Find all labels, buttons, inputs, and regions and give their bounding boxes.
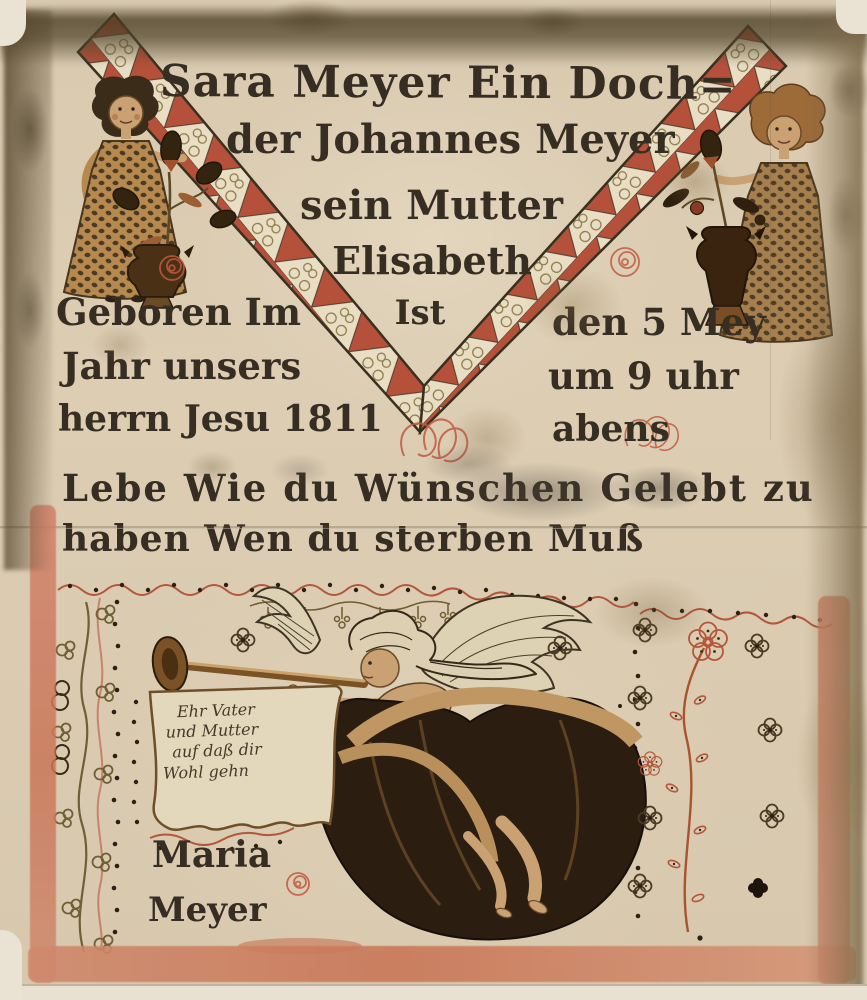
signature-line-1: Maria bbox=[152, 834, 271, 876]
title-line-3: sein Mutter bbox=[300, 182, 558, 229]
title-line-1: Sara Meyer Ein Doch= bbox=[160, 56, 726, 110]
birth-left-line-2: Jahr unsers bbox=[62, 344, 301, 388]
motto-line-2: haben Wen du sterben Muß bbox=[62, 518, 644, 560]
birth-left-line-3: herrn Jesu 1811 bbox=[58, 398, 383, 440]
title-line-5: Ist bbox=[372, 293, 468, 333]
fraktur-birth-record: Sara Meyer Ein Doch= der Johannes Meyer … bbox=[0, 0, 867, 1000]
left-vine bbox=[52, 602, 115, 953]
signature-line-2: Meyer bbox=[148, 890, 267, 930]
birth-right-line-1: den 5 Mey bbox=[552, 300, 766, 344]
title-line-2: der Johannes Meyer bbox=[226, 116, 662, 163]
motto-line-1: Lebe Wie du Wünschen Gelebt zu bbox=[62, 466, 815, 510]
birth-right-line-2: um 9 uhr bbox=[548, 354, 739, 398]
trumpet bbox=[149, 635, 364, 693]
banner-text: Ehr Vater und Mutter auf daß dir Wohl ge… bbox=[157, 697, 330, 785]
birth-left-line-1: Geboren Im bbox=[56, 290, 301, 334]
birth-right-line-3: abens bbox=[552, 408, 670, 450]
title-line-4: Elisabeth bbox=[316, 238, 548, 283]
